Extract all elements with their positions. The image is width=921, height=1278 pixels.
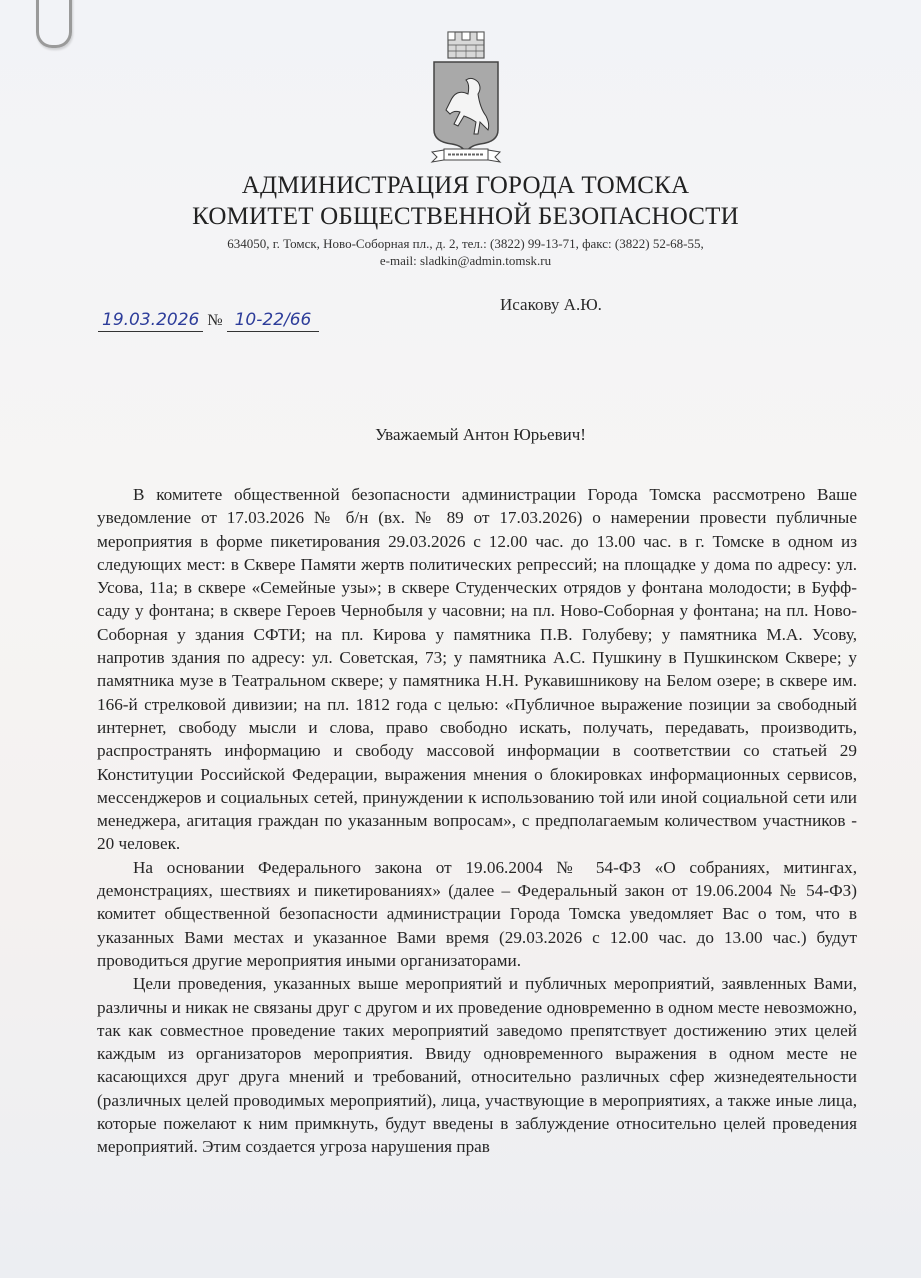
org-name-line1: АДМИНИСТРАЦИЯ ГОРОДА ТОМСКА: [10, 170, 921, 201]
registration-number: 10-22/66: [227, 310, 320, 332]
paperclip-icon: [36, 0, 72, 48]
letter-body: В комитете общественной безопасности адм…: [97, 483, 857, 1159]
addressee: Исакову А.Ю.: [500, 295, 602, 315]
salutation: Уважаемый Антон Юрьевич!: [0, 425, 921, 445]
paragraph: В комитете общественной безопасности адм…: [97, 483, 857, 856]
org-email: e-mail: sladkin@admin.tomsk.ru: [10, 252, 921, 269]
paragraph: На основании Федерального закона от 19.0…: [97, 856, 857, 972]
letterhead: АДМИНИСТРАЦИЯ ГОРОДА ТОМСКА КОМИТЕТ ОБЩЕ…: [0, 170, 921, 269]
document-page: АДМИНИСТРАЦИЯ ГОРОДА ТОМСКА КОМИТЕТ ОБЩЕ…: [0, 0, 921, 1278]
org-name-line2: КОМИТЕТ ОБЩЕСТВЕННОЙ БЕЗОПАСНОСТИ: [10, 201, 921, 232]
number-sign: №: [207, 312, 222, 329]
registration-date: 19.03.2026: [98, 310, 203, 332]
org-address: 634050, г. Томск, Ново-Соборная пл., д. …: [10, 235, 921, 252]
paragraph: Цели проведения, указанных выше мероприя…: [97, 972, 857, 1158]
registration-line: 19.03.2026 № 10-22/66: [98, 310, 319, 332]
tomsk-coat-of-arms-icon: [428, 30, 504, 165]
